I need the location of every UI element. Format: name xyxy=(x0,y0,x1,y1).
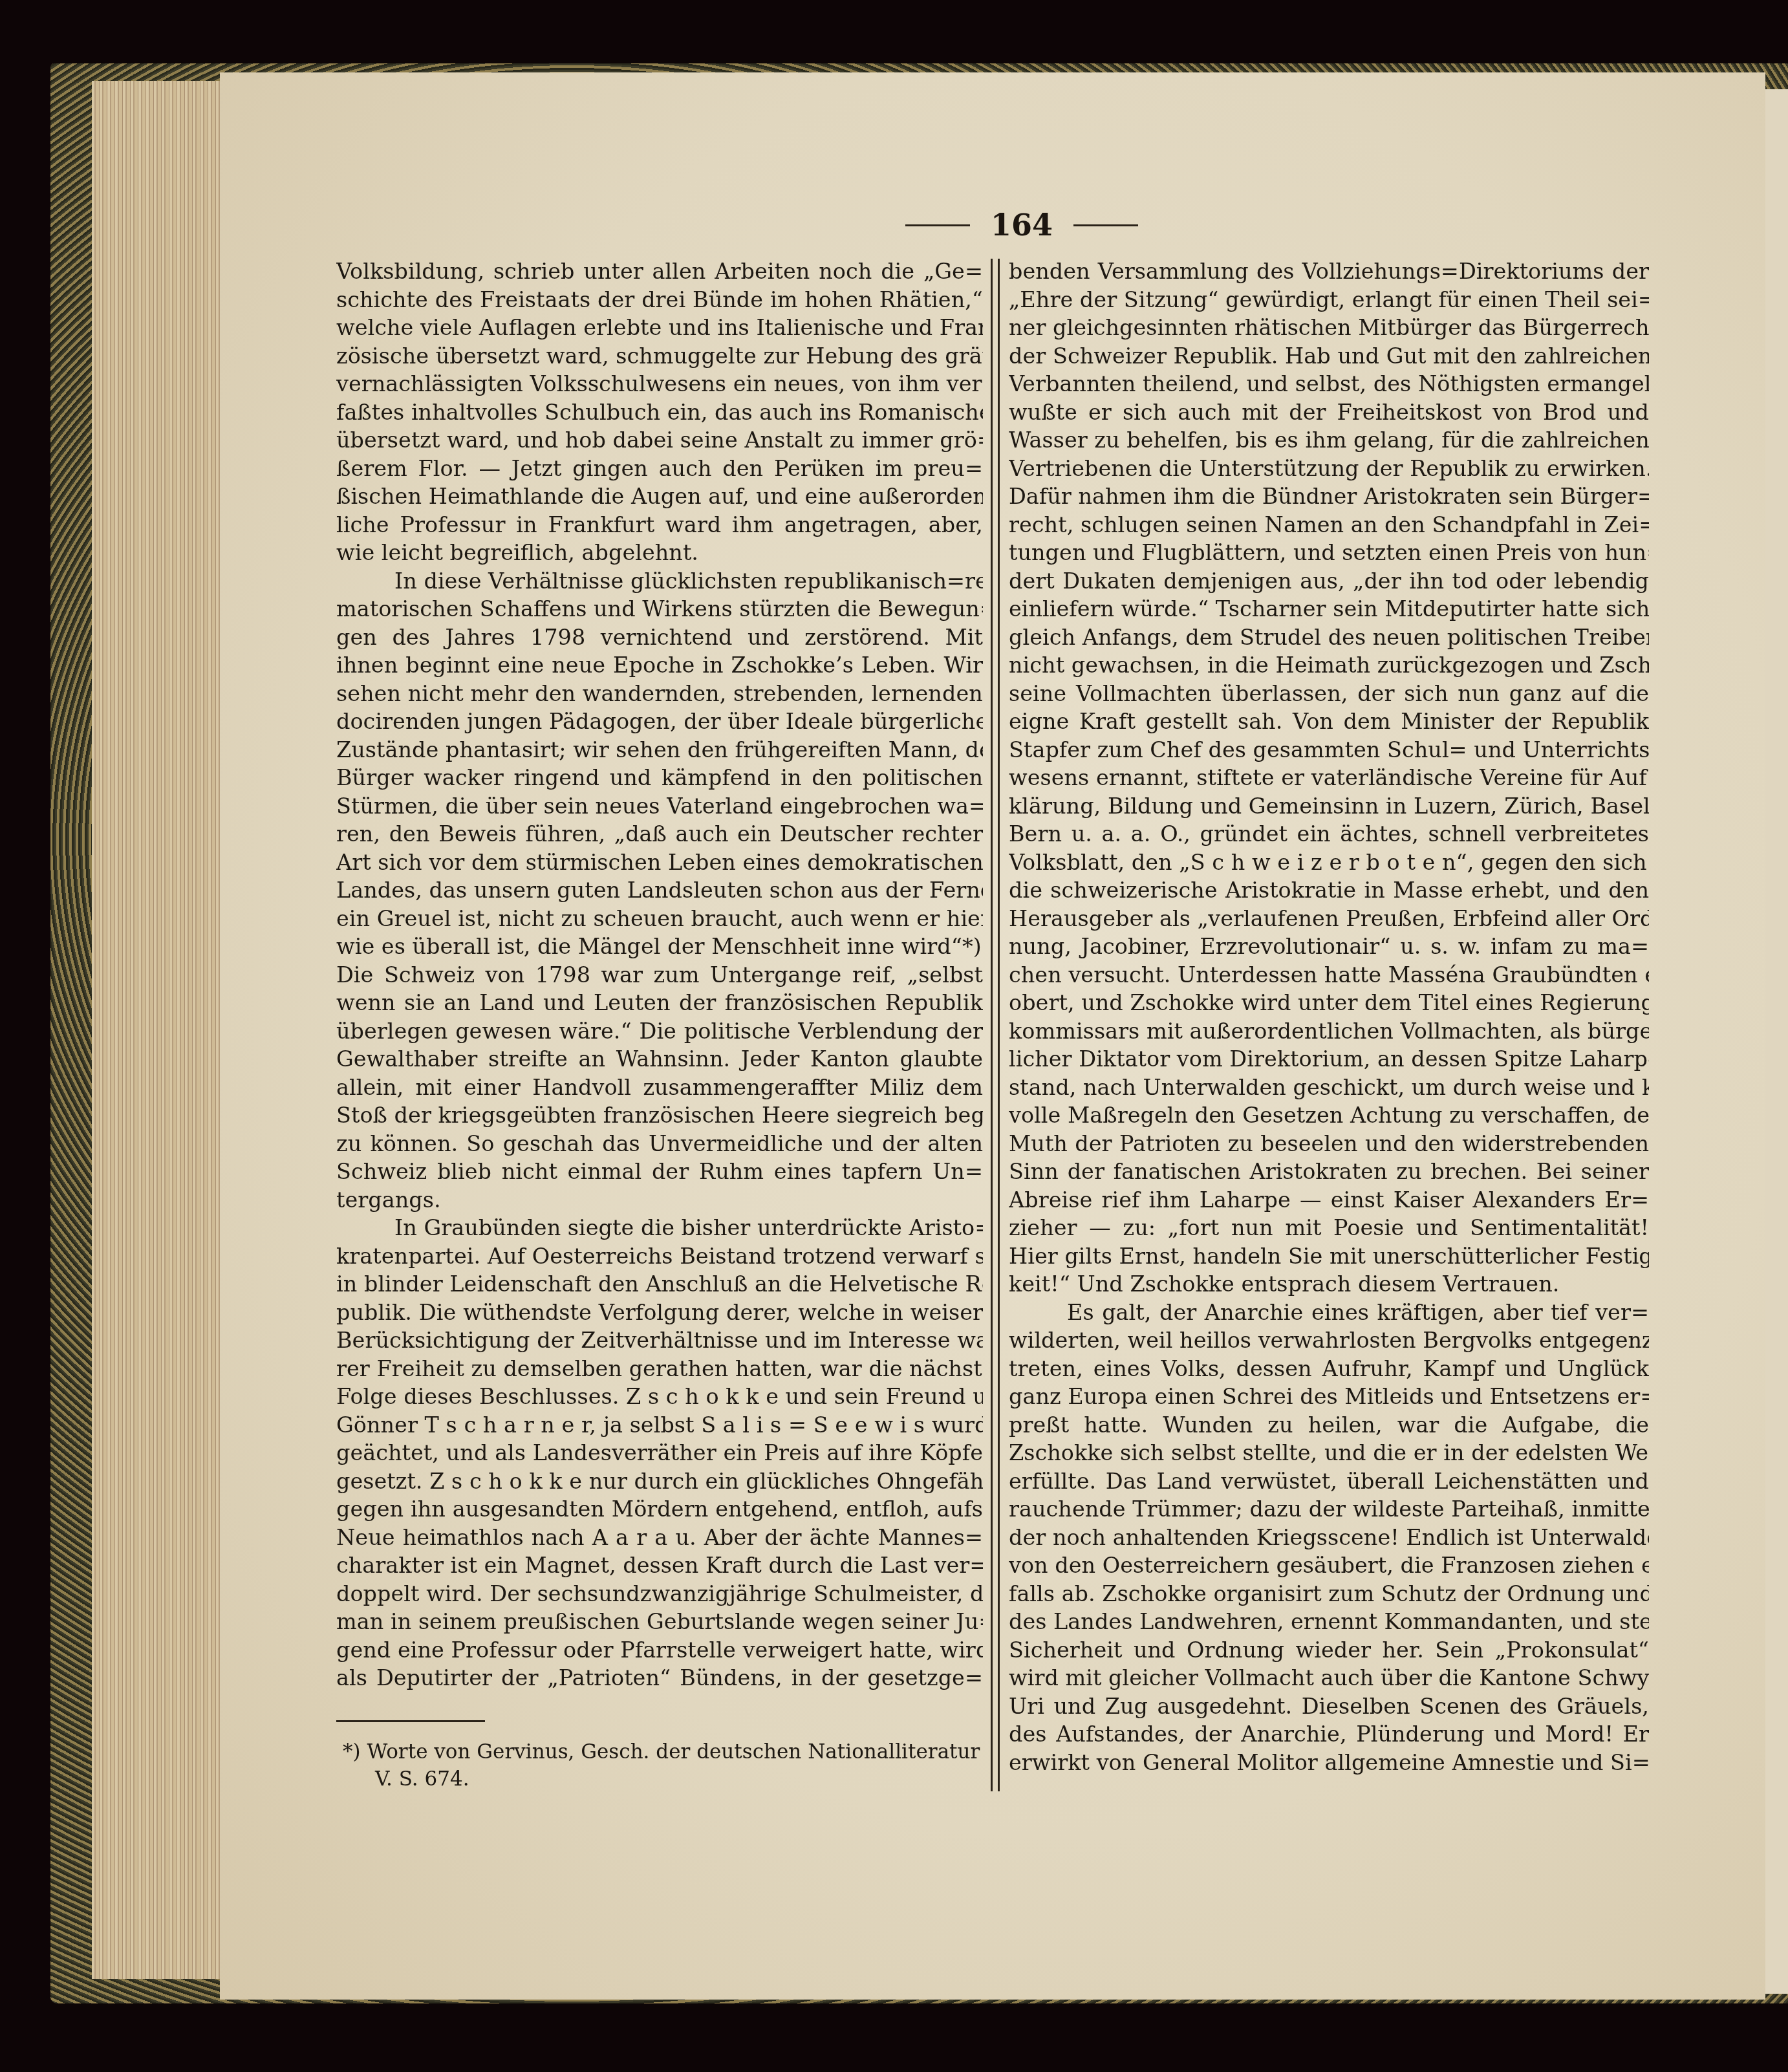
text-line: Zustände phantasirt; wir sehen den frühg… xyxy=(336,736,983,764)
text-line: wilderten, weil heillos verwahrlosten Be… xyxy=(1009,1326,1649,1355)
text-line: wußte er sich auch mit der Freiheitskost… xyxy=(1009,398,1649,427)
text-line: einliefern würde.“ Tscharner sein Mitdep… xyxy=(1009,595,1649,623)
text-line: tergangs. xyxy=(336,1186,983,1214)
text-line: überlegen gewesen wäre.“ Die politische … xyxy=(336,1017,983,1046)
text-line: In Graubünden siegte die bisher unterdrü… xyxy=(336,1214,983,1242)
text-line: Abreise rief ihm Laharpe — einst Kaiser … xyxy=(1009,1186,1649,1214)
footnote-line: *) Worte von Gervinus, Gesch. der deutsc… xyxy=(343,1738,976,1765)
page-number: 164 xyxy=(991,208,1053,243)
text-line: Bern u. a. a. O., gründet ein ächtes, sc… xyxy=(1009,820,1649,848)
footnote-line: V. S. 674. xyxy=(343,1765,976,1793)
text-line: Berücksichtigung der Zeitverhältnisse un… xyxy=(336,1326,983,1355)
text-line: chen versucht. Unterdessen hatte Masséna… xyxy=(1009,961,1649,989)
text-line: Uri und Zug ausgedehnt. Dieselben Scenen… xyxy=(1009,1692,1649,1721)
text-line: tungen und Flugblättern, und setzten ein… xyxy=(1009,539,1649,567)
text-line: Sinn der fanatischen Aristokraten zu bre… xyxy=(1009,1158,1649,1186)
text-line: falls ab. Zschokke organisirt zum Schutz… xyxy=(1009,1580,1649,1608)
text-line: Art sich vor dem stürmischen Leben eines… xyxy=(336,848,983,877)
text-line: Stapfer zum Chef des gesammten Schul= un… xyxy=(1009,736,1649,764)
text-line: Gönner T s c h a r n e r, ja selbst S a … xyxy=(336,1411,983,1440)
text-line: „Ehre der Sitzung“ gewürdigt, erlangt fü… xyxy=(1009,286,1649,314)
text-line: In diese Verhältnisse glücklichsten repu… xyxy=(336,567,983,596)
text-line: Gewalthaber streifte an Wahnsinn. Jeder … xyxy=(336,1045,983,1074)
text-line: stand, nach Unterwalden geschickt, um du… xyxy=(1009,1074,1649,1102)
text-line: Vertriebenen die Unterstützung der Repub… xyxy=(1009,455,1649,483)
text-line: Schweiz blieb nicht einmal der Ruhm eine… xyxy=(336,1158,983,1186)
left-text-column: Volksbildung, schrieb unter allen Arbeit… xyxy=(336,257,983,1692)
text-line: preßt hatte. Wunden zu heilen, war die A… xyxy=(1009,1411,1649,1440)
text-line: doppelt wird. Der sechsundzwanzigjährige… xyxy=(336,1580,983,1608)
column-divider-double-rule xyxy=(991,259,1000,1791)
text-line: des Aufstandes, der Anarchie, Plünderung… xyxy=(1009,1720,1649,1749)
text-line: benden Versammlung des Vollziehungs=Dire… xyxy=(1009,257,1649,286)
text-line: faßtes inhaltvolles Schulbuch ein, das a… xyxy=(336,398,983,427)
text-line: liche Professur in Frankfurt ward ihm an… xyxy=(336,511,983,539)
text-line: nung, Jacobiner, Erzrevolutionair“ u. s.… xyxy=(1009,933,1649,961)
text-line: obert, und Zschokke wird unter dem Titel… xyxy=(1009,989,1649,1017)
text-line: charakter ist ein Magnet, dessen Kraft d… xyxy=(336,1551,983,1580)
text-line: wie leicht begreiflich, abgelehnt. xyxy=(336,539,983,567)
text-line: Neue heimathlos nach A a r a u. Aber der… xyxy=(336,1524,983,1552)
text-line: Verbannten theilend, und selbst, des Nöt… xyxy=(1009,370,1649,398)
text-line: rer Freiheit zu demselben gerathen hatte… xyxy=(336,1355,983,1383)
text-line: sehen nicht mehr den wandernden, streben… xyxy=(336,680,983,708)
text-line: von den Oesterreichern gesäubert, die Fr… xyxy=(1009,1551,1649,1580)
text-line: geächtet, und als Landesverräther ein Pr… xyxy=(336,1439,983,1467)
header-rule-right xyxy=(1073,224,1138,226)
text-line: Hier gilts Ernst, handeln Sie mit unersc… xyxy=(1009,1242,1649,1271)
text-line: Muth der Patrioten zu beseelen und den w… xyxy=(1009,1130,1649,1158)
text-line: Zschokke sich selbst stellte, und die er… xyxy=(1009,1439,1649,1467)
text-line: in blinder Leidenschaft den Anschluß an … xyxy=(336,1270,983,1299)
text-line: dert Dukaten demjenigen aus, „der ihn to… xyxy=(1009,567,1649,596)
text-line: gleich Anfangs, dem Strudel des neuen po… xyxy=(1009,623,1649,652)
text-line: kratenpartei. Auf Oesterreichs Beistand … xyxy=(336,1242,983,1271)
text-line: ner gleichgesinnten rhätischen Mitbürger… xyxy=(1009,314,1649,342)
text-line: gen des Jahres 1798 vernichtend und zers… xyxy=(336,623,983,652)
text-line: klärung, Bildung und Gemeinsinn in Luzer… xyxy=(1009,792,1649,821)
text-line: nicht gewachsen, in die Heimath zurückge… xyxy=(1009,651,1649,680)
text-line: ßerem Flor. — Jetzt gingen auch den Perü… xyxy=(336,455,983,483)
text-line: wesens ernannt, stiftete er vaterländisc… xyxy=(1009,764,1649,792)
running-head: 164 xyxy=(905,206,1138,244)
text-line: als Deputirter der „Patrioten“ Bündens, … xyxy=(336,1664,983,1692)
text-line: rauchende Trümmer; dazu der wildeste Par… xyxy=(1009,1495,1649,1524)
text-line: ganz Europa einen Schrei des Mitleids un… xyxy=(1009,1383,1649,1411)
text-line: Volksbildung, schrieb unter allen Arbeit… xyxy=(336,257,983,286)
text-line: Wasser zu behelfen, bis es ihm gelang, f… xyxy=(1009,426,1649,455)
footnote: *) Worte von Gervinus, Gesch. der deutsc… xyxy=(343,1738,976,1793)
page-stack-edges xyxy=(92,81,228,1979)
text-line: wie es überall ist, die Mängel der Mensc… xyxy=(336,933,983,961)
text-line: gend eine Professur oder Pfarrstelle ver… xyxy=(336,1636,983,1665)
text-line: man in seinem preußischen Geburtslande w… xyxy=(336,1608,983,1636)
text-line: Landes, das unsern guten Landsleuten sch… xyxy=(336,876,983,905)
text-line: Folge dieses Beschlusses. Z s c h o k k … xyxy=(336,1383,983,1411)
text-line: treten, eines Volks, dessen Aufruhr, Kam… xyxy=(1009,1355,1649,1383)
text-line: schichte des Freistaats der drei Bünde i… xyxy=(336,286,983,314)
text-line: zieher — zu: „fort nun mit Poesie und Se… xyxy=(1009,1214,1649,1242)
text-line: wird mit gleicher Vollmacht auch über di… xyxy=(1009,1664,1649,1692)
text-line: Die Schweiz von 1798 war zum Untergange … xyxy=(336,961,983,989)
text-line: zu können. So geschah das Unvermeidliche… xyxy=(336,1130,983,1158)
text-line: vernachlässigten Volksschulwesens ein ne… xyxy=(336,370,983,398)
text-line: kommissars mit außerordentlichen Vollmac… xyxy=(1009,1017,1649,1046)
text-line: eigne Kraft gestellt sah. Von dem Minist… xyxy=(1009,707,1649,736)
text-line: Dafür nahmen ihm die Bündner Aristokrate… xyxy=(1009,482,1649,511)
text-line: des Landes Landwehren, ernennt Kommandan… xyxy=(1009,1608,1649,1636)
right-text-column: benden Versammlung des Vollziehungs=Dire… xyxy=(1009,257,1649,1776)
text-line: docirenden jungen Pädagogen, der über Id… xyxy=(336,707,983,736)
text-line: ren, den Beweis führen, „daß auch ein De… xyxy=(336,820,983,848)
text-line: volle Maßregeln den Gesetzen Achtung zu … xyxy=(1009,1101,1649,1130)
text-line: Stoß der kriegsgeübten französischen Hee… xyxy=(336,1101,983,1130)
text-line: ihnen beginnt eine neue Epoche in Zschok… xyxy=(336,651,983,680)
text-line: recht, schlugen seinen Namen an den Scha… xyxy=(1009,511,1649,539)
text-line: Herausgeber als „verlaufenen Preußen, Er… xyxy=(1009,905,1649,933)
text-line: gegen ihn ausgesandten Mördern entgehend… xyxy=(336,1495,983,1524)
text-line: erfüllte. Das Land verwüstet, überall Le… xyxy=(1009,1467,1649,1496)
text-line: wenn sie an Land und Leuten der französi… xyxy=(336,989,983,1017)
text-line: zösische übersetzt ward, schmuggelte zur… xyxy=(336,342,983,371)
text-line: Volksblatt, den „S c h w e i z e r b o t… xyxy=(1009,848,1649,877)
text-line: Es galt, der Anarchie eines kräftigen, a… xyxy=(1009,1299,1649,1327)
text-line: matorischen Schaffens und Wirkens stürzt… xyxy=(336,595,983,623)
text-line: ein Greuel ist, nicht zu scheuen braucht… xyxy=(336,905,983,933)
text-line: allein, mit einer Handvoll zusammengeraf… xyxy=(336,1074,983,1102)
text-line: welche viele Auflagen erlebte und ins It… xyxy=(336,314,983,342)
text-line: die schweizerische Aristokratie in Masse… xyxy=(1009,876,1649,905)
text-line: der noch anhaltenden Kriegsscene! Endlic… xyxy=(1009,1524,1649,1552)
text-line: Stürmen, die über sein neues Vaterland e… xyxy=(336,792,983,821)
text-line: publik. Die wüthendste Verfolgung derer,… xyxy=(336,1299,983,1327)
text-line: ßischen Heimathlande die Augen auf, und … xyxy=(336,482,983,511)
text-line: seine Vollmachten überlassen, der sich n… xyxy=(1009,680,1649,708)
text-line: der Schweizer Republik. Hab und Gut mit … xyxy=(1009,342,1649,371)
footnote-rule xyxy=(336,1720,485,1722)
text-line: gesetzt. Z s c h o k k e nur durch ein g… xyxy=(336,1467,983,1496)
text-line: Sicherheit und Ordnung wieder her. Sein … xyxy=(1009,1636,1649,1665)
header-rule-left xyxy=(905,224,970,226)
text-line: Bürger wacker ringend und kämpfend in de… xyxy=(336,764,983,792)
text-line: licher Diktator vom Direktorium, an dess… xyxy=(1009,1045,1649,1074)
text-line: übersetzt ward, und hob dabei seine Anst… xyxy=(336,426,983,455)
text-line: erwirkt von General Molitor allgemeine A… xyxy=(1009,1749,1649,1777)
text-line: keit!“ Und Zschokke entsprach diesem Ver… xyxy=(1009,1270,1649,1299)
